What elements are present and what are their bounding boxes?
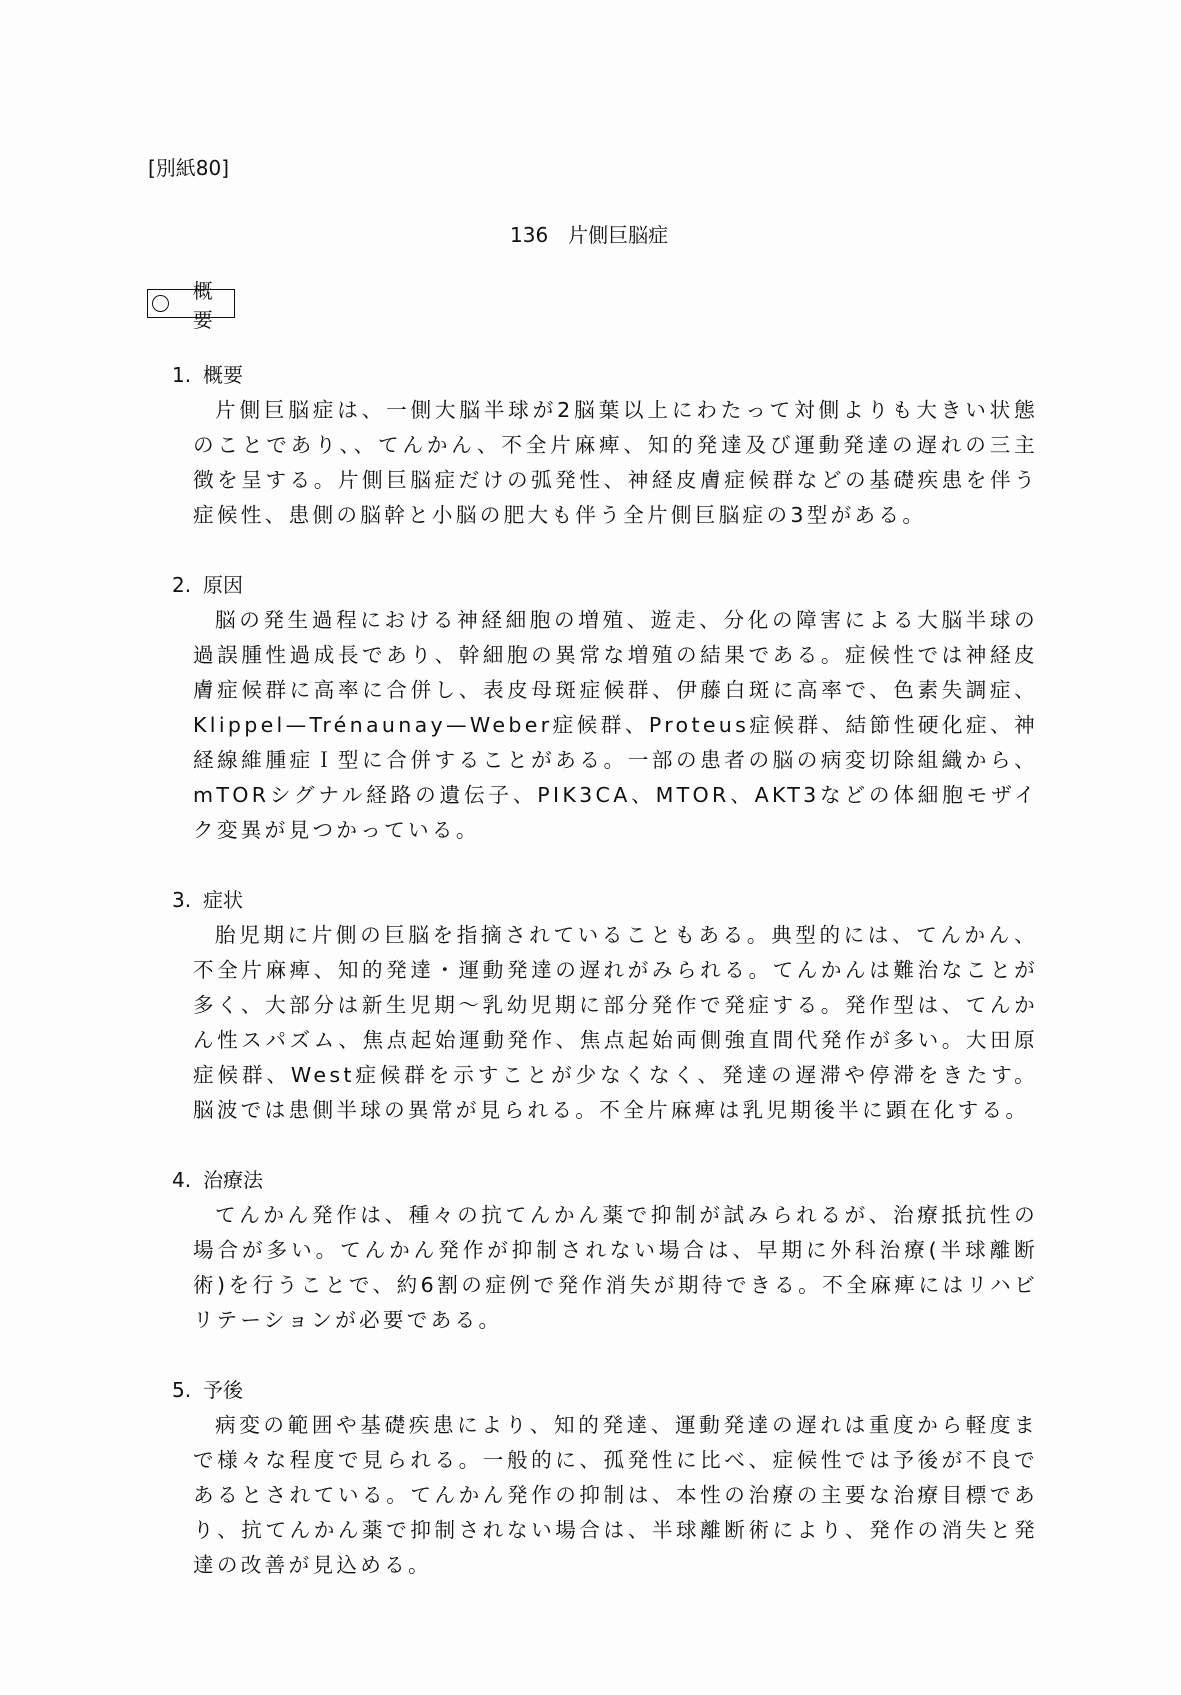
section-title: 概要 <box>203 358 243 393</box>
section-heading: 2. 原因 <box>172 568 1042 603</box>
section-heading: 3. 症状 <box>172 883 1042 918</box>
annex-label: [別紙80] <box>148 154 229 182</box>
circle-icon <box>152 295 169 312</box>
section-number: 5. <box>172 1373 203 1408</box>
section-body: 片側巨脳症は、一側大脳半球が2脳葉以上にわたって対側よりも大きい状態のことであり… <box>193 393 1038 533</box>
section-overview: 1. 概要 片側巨脳症は、一側大脳半球が2脳葉以上にわたって対側よりも大きい状態… <box>172 358 1042 533</box>
section-body: 脳の発生過程における神経細胞の増殖、遊走、分化の障害による大脳半球の過誤腫性過成… <box>193 603 1038 848</box>
sections-list: 1. 概要 片側巨脳症は、一側大脳半球が2脳葉以上にわたって対側よりも大きい状態… <box>172 358 1042 1618</box>
section-title: 症状 <box>203 883 243 918</box>
section-number: 2. <box>172 568 203 603</box>
section-symptoms: 3. 症状 胎児期に片側の巨脳を指摘されていることもある。典型的には、てんかん、… <box>172 883 1042 1128</box>
section-number: 4. <box>172 1163 203 1198</box>
section-treatment: 4. 治療法 てんかん発作は、種々の抗てんかん薬で抑制が試みられるが、治療抵抗性… <box>172 1163 1042 1338</box>
section-title: 原因 <box>203 568 243 603</box>
section-body: 病変の範囲や基礎疾患により、知的発達、運動発達の遅れは重度から軽度まで様々な程度… <box>193 1408 1038 1583</box>
section-heading: 5. 予後 <box>172 1373 1042 1408</box>
section-cause: 2. 原因 脳の発生過程における神経細胞の増殖、遊走、分化の障害による大脳半球の… <box>172 568 1042 848</box>
section-prognosis: 5. 予後 病変の範囲や基礎疾患により、知的発達、運動発達の遅れは重度から軽度ま… <box>172 1373 1042 1583</box>
section-number: 1. <box>172 358 203 393</box>
section-heading: 1. 概要 <box>172 358 1042 393</box>
section-number: 3. <box>172 883 203 918</box>
section-title: 治療法 <box>203 1163 263 1198</box>
section-title: 予後 <box>203 1373 243 1408</box>
overview-heading-label: 概要 <box>193 275 234 333</box>
page-title: 136 片側巨脳症 <box>510 221 668 249</box>
section-body: てんかん発作は、種々の抗てんかん薬で抑制が試みられるが、治療抵抗性の場合が多い。… <box>193 1198 1038 1338</box>
section-heading: 4. 治療法 <box>172 1163 1042 1198</box>
section-body: 胎児期に片側の巨脳を指摘されていることもある。典型的には、てんかん、不全片麻痺、… <box>193 918 1038 1128</box>
overview-heading-box: 概要 <box>147 289 235 318</box>
document-page: [別紙80] 136 片側巨脳症 概要 1. 概要 片側巨脳症は、一側大脳半球が… <box>0 0 1181 1695</box>
